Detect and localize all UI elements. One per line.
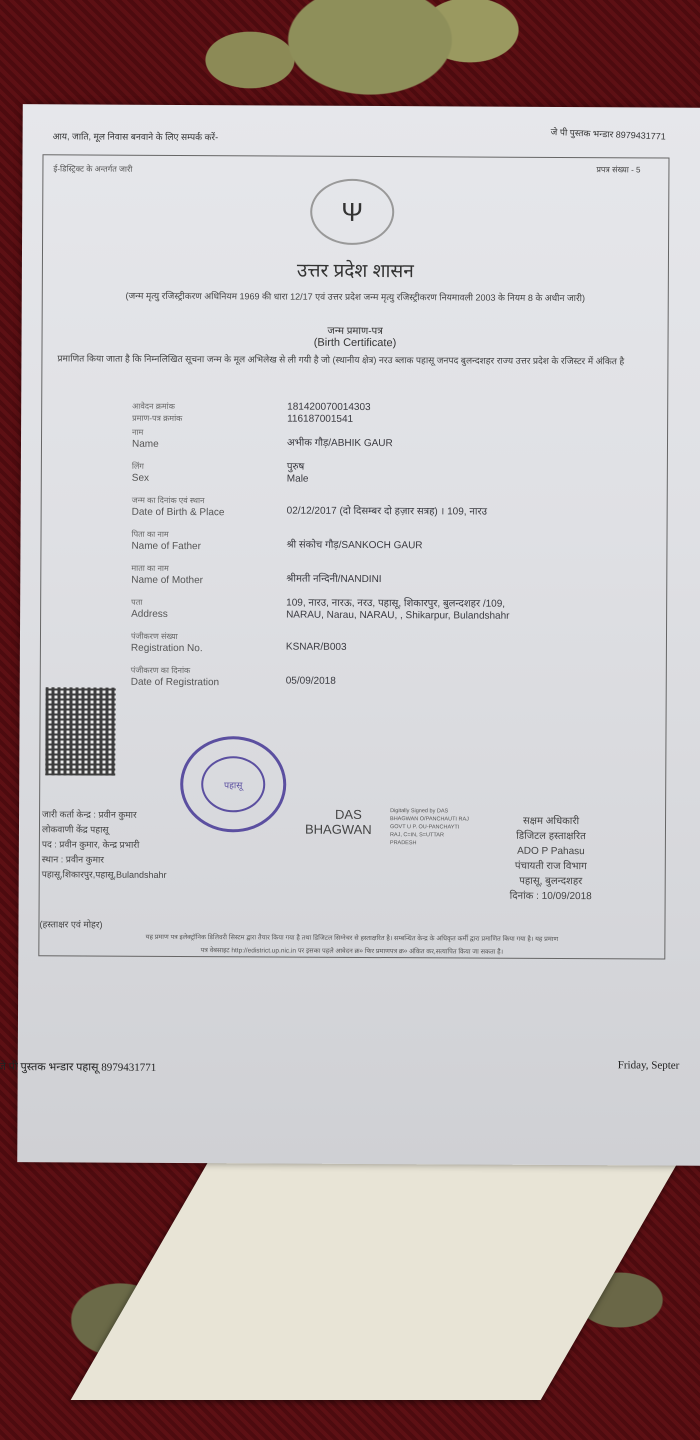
issuer-line: पद : प्रवीन कुमार, केन्द्र प्रभारी	[42, 837, 167, 853]
signature-label: (हस्ताक्षर एवं मोहर)	[39, 917, 102, 930]
field-row: पंजीकरण संख्याRegistration No.KSNAR/B003	[131, 631, 651, 668]
authority-line: पहासू, बुलन्दशहर	[510, 874, 592, 889]
field-label-hindi: प्रमाण-पत्र क्रमांक	[132, 413, 287, 426]
competent-authority: सक्षम अधिकारीडिजिटल हस्ताक्षरितADO P Pah…	[510, 814, 593, 904]
qr-code	[45, 687, 115, 775]
footer-date: Friday, Septer	[618, 1059, 680, 1071]
field-label-english: Name	[132, 439, 159, 450]
signature-details: Digitally Signed by DAS BHAGWAN O/PANCHA…	[390, 807, 470, 847]
certificate-fields: आवेदन क्रमांक181420070014303प्रमाण-पत्र …	[131, 401, 653, 702]
edistrict-note: ई-डिस्ट्रिक्ट के अन्तर्गत जारी	[53, 163, 132, 174]
certification-statement: प्रमाणित किया जाता है कि निम्नलिखित सूचन…	[57, 351, 659, 368]
field-label-hindi: जन्म का दिनांक एवं स्थान	[132, 495, 287, 508]
field-label-hindi: लिंग	[132, 461, 287, 474]
stamp-inner: पहासू	[201, 756, 265, 812]
field-label-hindi: माता का नाम	[131, 563, 286, 576]
field-label: नामName	[132, 427, 287, 462]
field-label-hindi: पता	[131, 597, 286, 610]
official-stamp: पहासू	[180, 736, 287, 833]
field-label: पिता का नामName of Father	[131, 529, 286, 564]
field-value: श्री संकोच गौड़/SANKOCH GAUR	[286, 530, 422, 565]
issuer-details: जारी कर्ता केन्द्र : प्रवीन कुमारलोकवाणी…	[42, 807, 167, 883]
govt-title: उत्तर प्रदेश शासन	[43, 255, 668, 284]
field-value: श्रीमती नन्दिनी/NANDINI	[286, 564, 381, 598]
footer-shop: जे पी पुस्तक भन्डार पहासू 8979431771	[0, 1059, 156, 1075]
field-value: 181420070014303	[287, 402, 370, 414]
field-value: 02/12/2017 (दो दिसम्बर दो हज़ार सत्रह) ।…	[287, 496, 488, 531]
form-number: प्रपत्र संख्या - 5	[596, 164, 640, 175]
field-row: लिंगSexपुरुषMale	[132, 461, 652, 498]
field-label: प्रमाण-पत्र क्रमांक	[132, 413, 287, 428]
field-label: जन्म का दिनांक एवं स्थानDate of Birth & …	[132, 495, 287, 530]
signer-name-line1: DAS	[305, 807, 372, 822]
act-reference: (जन्म मृत्यु रजिस्ट्रीकरण अधिनियम 1969 क…	[48, 289, 663, 305]
field-row: नामNameअभीक गौड़/ABHIK GAUR	[132, 427, 652, 464]
field-label-english: Sex	[132, 473, 149, 484]
top-contact-note: आय, जाति, मूल निवास बनवाने के लिए सम्पर्…	[53, 129, 219, 143]
birth-certificate-paper: आय, जाति, मूल निवास बनवाने के लिए सम्पर्…	[17, 104, 700, 1166]
field-label: लिंगSex	[132, 461, 287, 496]
certificate-title-english: (Birth Certificate)	[43, 335, 668, 350]
field-value: 116187001541	[287, 414, 353, 428]
field-label-english: Name of Father	[131, 541, 201, 552]
field-label-english: Address	[131, 609, 168, 620]
field-label-english: Date of Birth & Place	[132, 507, 225, 518]
top-shop-name: जे पी पुस्तक भन्डार 8979431771	[550, 125, 666, 143]
field-value: 109, नारउ, नारऊ, नरउ, पहासू, शिकारपुर, ब…	[286, 598, 510, 633]
field-value: KSNAR/B003	[286, 632, 347, 666]
field-row: पंजीकरण का दिनांकDate of Registration05/…	[131, 665, 651, 702]
issuer-line: स्थान : प्रवीन कुमार	[42, 852, 167, 868]
field-row: माता का नामName of Motherश्रीमती नन्दिनी…	[131, 563, 651, 600]
field-value: 05/09/2018	[286, 666, 336, 700]
field-label-hindi: पंजीकरण का दिनांक	[131, 665, 286, 678]
authority-line: डिजिटल हस्ताक्षरित	[510, 829, 592, 844]
issuer-line: लोकवाणी केंद्र पहासू	[42, 822, 167, 838]
field-row: जन्म का दिनांक एवं स्थानDate of Birth & …	[132, 495, 652, 532]
authority-line: दिनांक : 10/09/2018	[510, 889, 592, 904]
field-label: पंजीकरण संख्याRegistration No.	[131, 631, 286, 666]
field-label-hindi: आवेदन क्रमांक	[132, 401, 287, 414]
field-label: पंजीकरण का दिनांकDate of Registration	[131, 665, 286, 700]
field-label-english: Registration No.	[131, 643, 203, 654]
footnote-line2: पत्र वेबसाइट http://edistrict.up.nic.in …	[39, 943, 664, 959]
issuer-line: पहासू,शिकारपुर,पहासू,Bulandshahr	[42, 867, 167, 883]
authority-line: सक्षम अधिकारी	[510, 814, 592, 829]
signer-name-line2: BHAGWAN	[305, 822, 372, 837]
up-emblem-icon: Ψ	[310, 179, 394, 245]
field-label: आवेदन क्रमांक	[132, 401, 287, 414]
field-row: पताAddress109, नारउ, नारऊ, नरउ, पहासू, श…	[131, 597, 651, 634]
field-label: माता का नामName of Mother	[131, 563, 286, 598]
field-label-hindi: पंजीकरण संख्या	[131, 631, 286, 644]
stamp-bottom-text: पहासू	[224, 778, 242, 791]
field-label-hindi: नाम	[132, 427, 287, 440]
authority-line: ADO P Pahasu	[510, 844, 592, 859]
field-row: पिता का नामName of Fatherश्री संकोच गौड़…	[131, 529, 651, 566]
issuer-line: जारी कर्ता केन्द्र : प्रवीन कुमार	[42, 807, 167, 823]
field-value: अभीक गौड़/ABHIK GAUR	[287, 428, 393, 463]
field-label-hindi: पिता का नाम	[131, 529, 286, 542]
authority-line: पंचायती राज विभाग	[510, 859, 592, 874]
field-label: पताAddress	[131, 597, 286, 632]
footnote: यह प्रमाण पत्र इलेक्ट्रॉनिक डिलिवरी सिस्…	[39, 930, 664, 959]
field-value: पुरुषMale	[287, 462, 309, 496]
field-label-english: Date of Registration	[131, 677, 219, 688]
field-label-english: Name of Mother	[131, 575, 203, 586]
certificate-frame: ई-डिस्ट्रिक्ट के अन्तर्गत जारी प्रपत्र स…	[38, 154, 669, 959]
digital-signature: DAS BHAGWAN Digitally Signed by DAS BHAG…	[305, 807, 372, 837]
